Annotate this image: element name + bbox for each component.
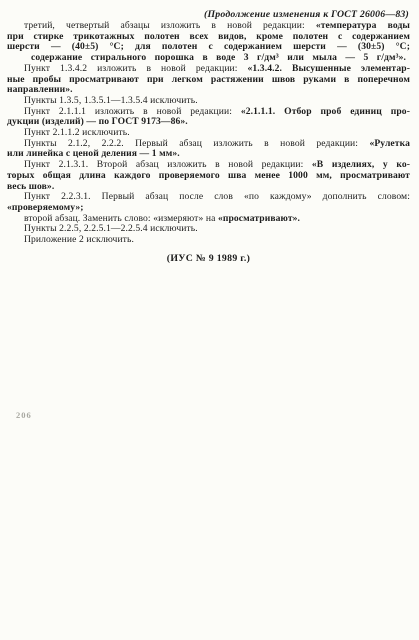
amendment-text: Пункт 2.1.1.2 исключить. [24,127,130,138]
quoted-new-text: ные пробы просматривают при легком растя… [7,74,410,85]
quoted-new-text: торых общая длина каждого проверяемого ш… [7,170,410,181]
document-page: (Продолжение изменения к ГОСТ 26006—83) … [0,0,419,640]
page-number: 206 [16,410,32,420]
quoted-new-text: шерсти — (40±5) °С; для полотен с содерж… [7,41,410,52]
amendment-text: Пункт 2.1.1.1 изложить в новой редакции: [24,106,241,117]
quoted-new-text: «Рулетка [369,138,410,149]
amendment-text: Пункты 1.3.5, 1.3.5.1—1.3.5.4 исключить. [24,95,198,106]
amendment-text: второй абзац. Заменить слово: «измеряют»… [24,213,218,224]
amendment-text: Пункты 2.2.5, 2.2.5.1—2.2.5.4 исключить. [24,223,198,234]
amendment-lines: третий, четвертый абзацы изложить в ново… [7,21,410,246]
text-line: торых общая длина каждого проверяемого ш… [7,171,410,182]
quoted-new-text: при стирке трикотажных полотен всех видо… [7,31,410,42]
quoted-new-text: или линейка с ценой деления — 1 мм». [7,148,180,159]
quoted-new-text: «2.1.1.1. Отбор проб единиц про- [241,106,410,117]
continuation-header: (Продолжение изменения к ГОСТ 26006—83) [8,9,409,20]
quoted-new-text: дукции (изделий) — по ГОСТ 9173—86». [7,116,188,127]
quoted-new-text: «просматривают». [218,213,300,224]
quoted-new-text: весь шов». [7,181,54,192]
amendment-text: Пункт 2.2.3.1. Первый абзац после слов «… [24,191,410,202]
amendment-text: Пункт 2.1.3.1. Второй абзац изложить в н… [24,159,312,170]
quoted-new-text: содержание стирального порошка в воде 3 … [31,52,406,63]
amendment-text: третий, четвертый абзацы изложить в ново… [24,20,316,31]
text-line: Приложение 2 исключить. [7,235,410,246]
document-body: третий, четвертый абзацы изложить в ново… [7,21,410,264]
quoted-new-text: направлении». [7,84,73,95]
quoted-new-text: «проверяемому»; [7,202,84,213]
issue-note: (ИУС № 9 1989 г.) [7,254,410,265]
amendment-text: Пункт 1.3.4.2 изложить в новой редакции: [24,63,248,74]
amendment-text: Приложение 2 исключить. [24,234,134,245]
quoted-new-text: «В изделиях, у ко- [312,159,410,170]
amendment-text: Пункты 2.1.2, 2.2.2. Первый абзац изложи… [24,138,369,149]
quoted-new-text: «1.3.4.2. Высушенные элементар- [248,63,410,74]
quoted-new-text: «температура воды [316,20,410,31]
